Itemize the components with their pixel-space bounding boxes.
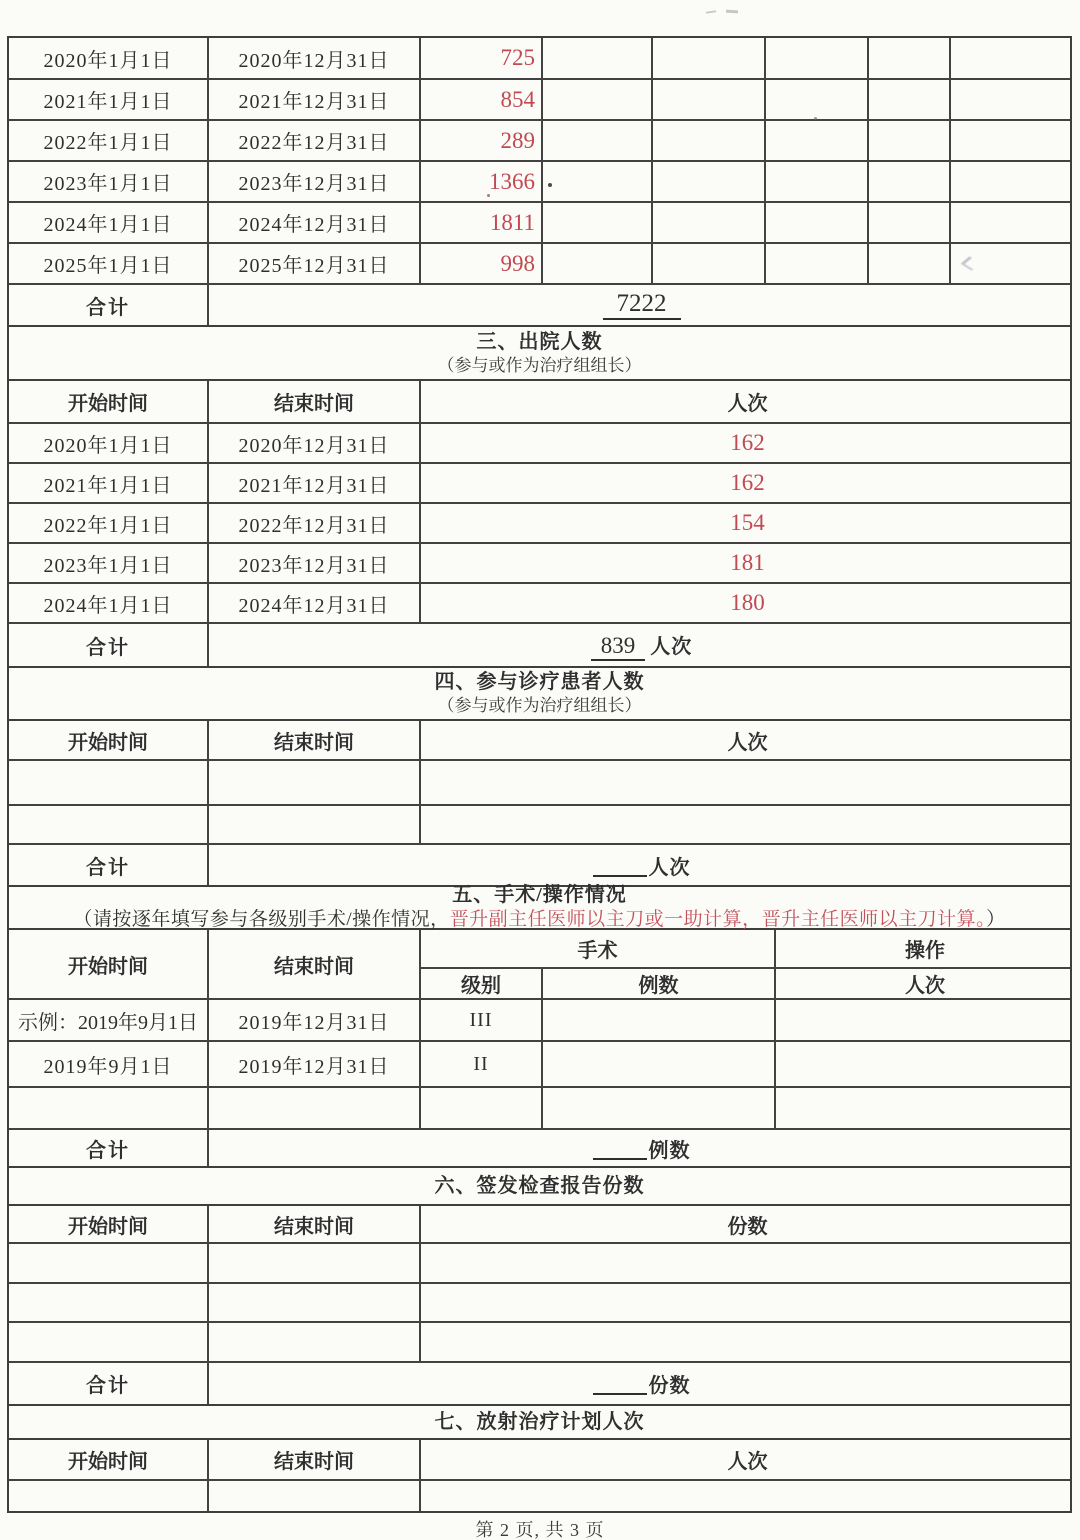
- empty-cell: [652, 120, 765, 161]
- empty-cell: [420, 1243, 1072, 1283]
- empty-cell: [9, 760, 208, 805]
- empty-cell: [542, 161, 652, 202]
- empty-cell: [950, 243, 1072, 284]
- col-header-start: 开始时间: [9, 381, 208, 423]
- start-date: 2022年1月1日: [9, 120, 208, 161]
- count-value: 154: [420, 503, 1072, 543]
- empty-cell: [950, 202, 1072, 243]
- total-label: 合计: [9, 623, 208, 666]
- start-date: 2021年1月1日: [9, 463, 208, 503]
- section4-table: 开始时间 结束时间 人次 合计 人次: [9, 721, 1072, 885]
- total-value: 7222: [603, 290, 681, 320]
- total-label: 合计: [9, 1129, 208, 1166]
- col-header-count: 人次: [420, 1440, 1072, 1480]
- table-row: [9, 1243, 1072, 1283]
- empty-cell: [542, 120, 652, 161]
- col-header-count: 人次: [420, 381, 1072, 423]
- start-date: 2019年9月1日: [9, 1041, 208, 1087]
- col-header-grade: 级别: [420, 968, 542, 999]
- empty-cell: [208, 1480, 420, 1513]
- start-date: 2025年1月1日: [9, 243, 208, 284]
- note-red-text: 晋升副主任医师以主刀或一助计算，晋升主任医师以主刀计算。: [450, 909, 987, 930]
- section7-table: 开始时间 结束时间 人次: [9, 1440, 1072, 1513]
- end-date: 2024年12月31日: [208, 202, 420, 243]
- empty-cell: [420, 1480, 1072, 1513]
- table-row: 2024年1月1日 2024年12月31日 1811: [9, 202, 1072, 243]
- start-date: 2021年1月1日: [9, 79, 208, 120]
- header-row: 开始时间 结束时间 份数: [9, 1206, 1072, 1243]
- table-row: 2020年1月1日 2020年12月31日 162: [9, 423, 1072, 463]
- empty-cell: [542, 79, 652, 120]
- header-row: 开始时间 结束时间 人次: [9, 721, 1072, 760]
- col-header-end: 结束时间: [208, 721, 420, 760]
- col-header-count: 人次: [775, 968, 1072, 999]
- header-row: 开始时间 结束时间 人次: [9, 1440, 1072, 1480]
- table-row: 2023年1月1日 2023年12月31日 1366: [9, 161, 1072, 202]
- empty-cell: [868, 161, 950, 202]
- count-value: 1366: [420, 161, 542, 202]
- section2-continuation-table: 2020年1月1日 2020年12月31日 725 2021年1月1日 2021…: [9, 38, 1072, 325]
- end-date: 2020年12月31日: [208, 423, 420, 463]
- table-row: 2022年1月1日 2022年12月31日 154: [9, 503, 1072, 543]
- empty-cell: [652, 202, 765, 243]
- col-header-end: 结束时间: [208, 930, 420, 999]
- total-blank: [593, 1373, 647, 1395]
- total-label: 合计: [9, 284, 208, 325]
- page-footer: 第 2 页, 共 3 页: [0, 1516, 1080, 1540]
- start-date: 2020年1月1日: [9, 423, 208, 463]
- table-row: 示例：2019年9月1日 2019年12月31日 III: [9, 999, 1072, 1041]
- table-row: [9, 1283, 1072, 1322]
- col-header-operation: 操作: [775, 930, 1072, 968]
- table-row: 2023年1月1日 2023年12月31日 181: [9, 543, 1072, 583]
- section5-table: 开始时间 结束时间 手术 操作 级别 例数 人次 示例：2019年9月1日 20…: [9, 930, 1072, 1166]
- section7-header: 七、放射治疗计划人次: [9, 1404, 1070, 1440]
- empty-cell: [542, 999, 775, 1041]
- scan-artifact: [726, 10, 738, 14]
- col-header-surgery: 手术: [420, 930, 775, 968]
- empty-cell: [9, 1087, 208, 1129]
- total-unit: 人次: [649, 857, 691, 879]
- empty-cell: [868, 243, 950, 284]
- start-date: 示例：2019年9月1日: [9, 999, 208, 1041]
- col-header-start: 开始时间: [9, 721, 208, 760]
- count-value: 1811: [420, 202, 542, 243]
- scanned-form-page: 2020年1月1日 2020年12月31日 725 2021年1月1日 2021…: [0, 0, 1080, 1540]
- empty-cell: [420, 805, 1072, 844]
- end-date: 2025年12月31日: [208, 243, 420, 284]
- empty-cell: [652, 243, 765, 284]
- col-header-start: 开始时间: [9, 1206, 208, 1243]
- table-row: [9, 760, 1072, 805]
- total-value: 839: [591, 633, 646, 661]
- form-table: 2020年1月1日 2020年12月31日 725 2021年1月1日 2021…: [7, 36, 1072, 1513]
- table-row: [9, 1480, 1072, 1513]
- scan-artifact: [706, 10, 716, 13]
- col-header-end: 结束时间: [208, 381, 420, 423]
- start-date: 2020年1月1日: [9, 38, 208, 79]
- total-unit: 例数: [649, 1140, 691, 1162]
- total-value-cell: 7222: [208, 284, 1072, 325]
- empty-cell: [9, 1283, 208, 1322]
- empty-cell: [420, 1322, 1072, 1362]
- table-row: 2022年1月1日 2022年12月31日 289: [9, 120, 1072, 161]
- empty-cell: [868, 120, 950, 161]
- section5-title: 五、手术/操作情况: [452, 883, 627, 908]
- empty-cell: [542, 38, 652, 79]
- end-date: 2021年12月31日: [208, 463, 420, 503]
- section3-table: 开始时间 结束时间 人次 2020年1月1日 2020年12月31日 162 2…: [9, 381, 1072, 666]
- section4-header: 四、参与诊疗患者人数 （参与或作为治疗组组长）: [9, 666, 1070, 721]
- empty-cell: [868, 38, 950, 79]
- end-date: 2019年12月31日: [208, 1041, 420, 1087]
- col-header-end: 结束时间: [208, 1206, 420, 1243]
- col-header-start: 开始时间: [9, 930, 208, 999]
- table-row: 2019年9月1日 2019年12月31日 II: [9, 1041, 1072, 1087]
- empty-cell: [765, 38, 868, 79]
- col-header-end: 结束时间: [208, 1440, 420, 1480]
- table-row: 2020年1月1日 2020年12月31日 725: [9, 38, 1072, 79]
- empty-cell: [208, 805, 420, 844]
- section3-header: 三、出院人数 （参与或作为治疗组组长）: [9, 325, 1070, 381]
- total-blank: [593, 855, 647, 877]
- section6-table: 开始时间 结束时间 份数 合计 份数: [9, 1206, 1072, 1404]
- empty-cell: [208, 1087, 420, 1129]
- empty-cell: [765, 202, 868, 243]
- empty-cell: [208, 1322, 420, 1362]
- note-prefix: （请按逐年填写参与各级别手术/操作情况，: [73, 909, 449, 930]
- section3-title: 三、出院人数: [477, 330, 603, 355]
- count-value: 181: [420, 543, 1072, 583]
- count-value: 854: [420, 79, 542, 120]
- empty-cell: [542, 243, 652, 284]
- end-date: 2021年12月31日: [208, 79, 420, 120]
- table-row: [9, 1322, 1072, 1362]
- table-row: [9, 805, 1072, 844]
- empty-cell: [542, 1041, 775, 1087]
- empty-cell: [542, 1087, 775, 1129]
- empty-cell: [775, 999, 1072, 1041]
- start-date: 2022年1月1日: [9, 503, 208, 543]
- count-value: 162: [420, 423, 1072, 463]
- end-date: 2024年12月31日: [208, 583, 420, 623]
- section7-title: 七、放射治疗计划人次: [435, 1410, 645, 1435]
- empty-cell: [9, 1322, 208, 1362]
- end-date: 2023年12月31日: [208, 543, 420, 583]
- header-row: 开始时间 结束时间 人次: [9, 381, 1072, 423]
- total-label: 合计: [9, 844, 208, 885]
- empty-cell: [652, 161, 765, 202]
- start-date: 2023年1月1日: [9, 161, 208, 202]
- total-row: 合计 例数: [9, 1129, 1072, 1166]
- end-date: 2022年12月31日: [208, 503, 420, 543]
- start-date: 2024年1月1日: [9, 202, 208, 243]
- empty-cell: [775, 1041, 1072, 1087]
- section5-header: 五、手术/操作情况 （请按逐年填写参与各级别手术/操作情况，晋升副主任医师以主刀…: [9, 885, 1070, 930]
- empty-cell: [868, 202, 950, 243]
- empty-cell: [208, 1283, 420, 1322]
- count-value: 162: [420, 463, 1072, 503]
- end-date: 2023年12月31日: [208, 161, 420, 202]
- empty-cell: [950, 79, 1072, 120]
- empty-cell: [950, 161, 1072, 202]
- total-label: 合计: [9, 1362, 208, 1404]
- col-header-cases: 例数: [542, 968, 775, 999]
- empty-cell: [765, 243, 868, 284]
- empty-cell: [765, 161, 868, 202]
- empty-cell: [950, 120, 1072, 161]
- count-value: 725: [420, 38, 542, 79]
- empty-cell: [420, 760, 1072, 805]
- col-header-count: 人次: [420, 721, 1072, 760]
- section5-note: （请按逐年填写参与各级别手术/操作情况，晋升副主任医师以主刀或一助计算，晋升主任…: [73, 908, 1005, 932]
- note-suffix: ）: [986, 909, 1006, 930]
- section4-title: 四、参与诊疗患者人数: [435, 670, 645, 695]
- total-unit: 份数: [649, 1375, 691, 1397]
- start-date: 2023年1月1日: [9, 543, 208, 583]
- count-value: 289: [420, 120, 542, 161]
- empty-cell: [652, 38, 765, 79]
- end-date: 2019年12月31日: [208, 999, 420, 1041]
- col-header-start: 开始时间: [9, 1440, 208, 1480]
- empty-cell: [420, 1087, 542, 1129]
- table-row: 2021年1月1日 2021年12月31日 854: [9, 79, 1072, 120]
- count-value: 998: [420, 243, 542, 284]
- table-row: 2025年1月1日 2025年12月31日 998: [9, 243, 1072, 284]
- total-blank: [593, 1138, 647, 1160]
- col-header-count: 份数: [420, 1206, 1072, 1243]
- empty-cell: [765, 79, 868, 120]
- section3-subtitle: （参与或作为治疗组组长）: [438, 355, 642, 376]
- start-date: 2024年1月1日: [9, 583, 208, 623]
- total-value-cell: 人次: [208, 844, 1072, 885]
- total-value-cell: 839 人次: [208, 623, 1072, 666]
- header-row: 开始时间 结束时间 手术 操作: [9, 930, 1072, 968]
- section4-subtitle: （参与或作为治疗组组长）: [438, 695, 642, 716]
- surgery-grade: III: [420, 999, 542, 1041]
- empty-cell: [9, 805, 208, 844]
- table-row: [9, 1087, 1072, 1129]
- count-value: 180: [420, 583, 1072, 623]
- end-date: 2020年12月31日: [208, 38, 420, 79]
- section6-header: 六、签发检查报告份数: [9, 1166, 1070, 1206]
- empty-cell: [775, 1087, 1072, 1129]
- table-row: 2024年1月1日 2024年12月31日 180: [9, 583, 1072, 623]
- total-row: 合计 7222: [9, 284, 1072, 325]
- total-row: 合计 份数: [9, 1362, 1072, 1404]
- empty-cell: [868, 79, 950, 120]
- table-row: 2021年1月1日 2021年12月31日 162: [9, 463, 1072, 503]
- total-row: 合计 人次: [9, 844, 1072, 885]
- empty-cell: [765, 120, 868, 161]
- empty-cell: [9, 1480, 208, 1513]
- total-unit: 人次: [650, 636, 692, 658]
- empty-cell: [652, 79, 765, 120]
- empty-cell: [208, 760, 420, 805]
- surgery-grade: II: [420, 1041, 542, 1087]
- end-date: 2022年12月31日: [208, 120, 420, 161]
- total-row: 合计 839 人次: [9, 623, 1072, 666]
- empty-cell: [542, 202, 652, 243]
- empty-cell: [9, 1243, 208, 1283]
- empty-cell: [950, 38, 1072, 79]
- section6-title: 六、签发检查报告份数: [435, 1174, 645, 1199]
- total-value-cell: 份数: [208, 1362, 1072, 1404]
- total-value-cell: 例数: [208, 1129, 1072, 1166]
- empty-cell: [420, 1283, 1072, 1322]
- empty-cell: [208, 1243, 420, 1283]
